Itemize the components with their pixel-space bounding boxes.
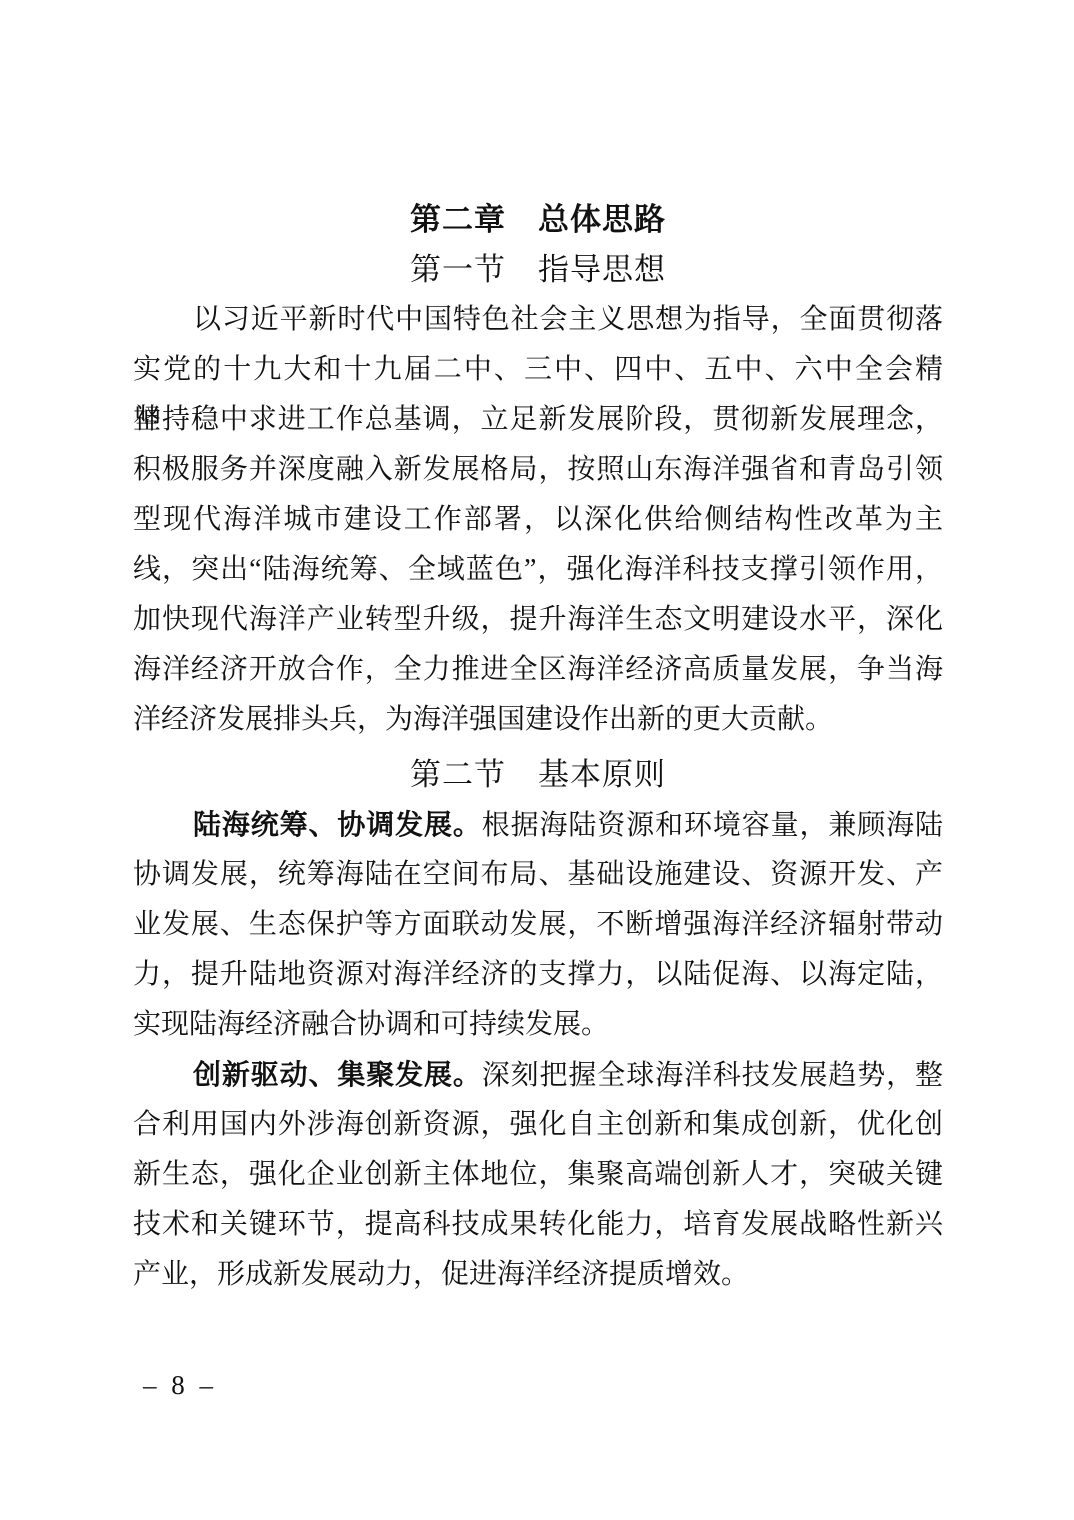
text-line: 合利用国内外涉海创新资源，强化自主创新和集成创新，优化创 <box>133 1100 943 1150</box>
text-line: 实党的十九大和十九届二中、三中、四中、五中、六中全会精神， <box>133 345 943 395</box>
principle-1-lead: 陆海统筹、协调发展。 <box>193 809 482 840</box>
text-line: 新生态，强化企业创新主体地位，集聚高端创新人才，突破关键 <box>133 1150 943 1200</box>
text-line: 洋经济发展排头兵，为海洋强国建设作出新的更大贡献。 <box>133 695 943 745</box>
text-line: 产业，形成新发展动力，促进海洋经济提质增效。 <box>133 1250 943 1300</box>
principle-1-line-rest: 根据海陆资源和环境容量，兼顾海陆 <box>482 810 943 841</box>
section-2-title: 第二节 基本原则 <box>133 750 943 800</box>
text-line: 加快现代海洋产业转型升级，提升海洋生态文明建设水平，深化 <box>133 595 943 645</box>
text-line: 陆海统筹、协调发展。根据海陆资源和环境容量，兼顾海陆 <box>133 800 943 850</box>
text-line: 以习近平新时代中国特色社会主义思想为指导，全面贯彻落 <box>133 295 943 345</box>
text-line: 坚持稳中求进工作总基调，立足新发展阶段，贯彻新发展理念， <box>133 395 943 445</box>
section-1-title: 第一节 指导思想 <box>133 245 943 295</box>
principle-2-line-rest: 深刻把握全球海洋科技发展趋势，整 <box>482 1060 943 1091</box>
text-line: 技术和关键环节，提高科技成果转化能力，培育发展战略性新兴 <box>133 1200 943 1250</box>
text-line: 力，提升陆地资源对海洋经济的支撑力，以陆促海、以海定陆， <box>133 950 943 1000</box>
text-line: 业发展、生态保护等方面联动发展，不断增强海洋经济辐射带动 <box>133 900 943 950</box>
principle-2-lead: 创新驱动、集聚发展。 <box>193 1059 482 1090</box>
page-number: – 8 – <box>143 1365 217 1405</box>
text-line: 实现陆海经济融合协调和可持续发展。 <box>133 1000 943 1050</box>
principle-2-paragraph: 创新驱动、集聚发展。深刻把握全球海洋科技发展趋势，整 合利用国内外涉海创新资源，… <box>133 1050 943 1300</box>
text-line: 协调发展，统筹海陆在空间布局、基础设施建设、资源开发、产 <box>133 850 943 900</box>
chapter-title: 第二章 总体思路 <box>133 195 943 245</box>
text-line: 线，突出“陆海统筹、全域蓝色”，强化海洋科技支撑引领作用， <box>133 545 943 595</box>
principle-1-paragraph: 陆海统筹、协调发展。根据海陆资源和环境容量，兼顾海陆 协调发展，统筹海陆在空间布… <box>133 800 943 1050</box>
text-line: 创新驱动、集聚发展。深刻把握全球海洋科技发展趋势，整 <box>133 1050 943 1100</box>
document-page: 第二章 总体思路 第一节 指导思想 以习近平新时代中国特色社会主义思想为指导，全… <box>0 0 1074 1520</box>
text-line: 型现代海洋城市建设工作部署，以深化供给侧结构性改革为主 <box>133 495 943 545</box>
section-1-paragraph: 以习近平新时代中国特色社会主义思想为指导，全面贯彻落 实党的十九大和十九届二中、… <box>133 295 943 745</box>
page-content: 第二章 总体思路 第一节 指导思想 以习近平新时代中国特色社会主义思想为指导，全… <box>133 195 943 1300</box>
text-line: 海洋经济开放合作，全力推进全区海洋经济高质量发展，争当海 <box>133 645 943 695</box>
text-line: 积极服务并深度融入新发展格局，按照山东海洋强省和青岛引领 <box>133 445 943 495</box>
